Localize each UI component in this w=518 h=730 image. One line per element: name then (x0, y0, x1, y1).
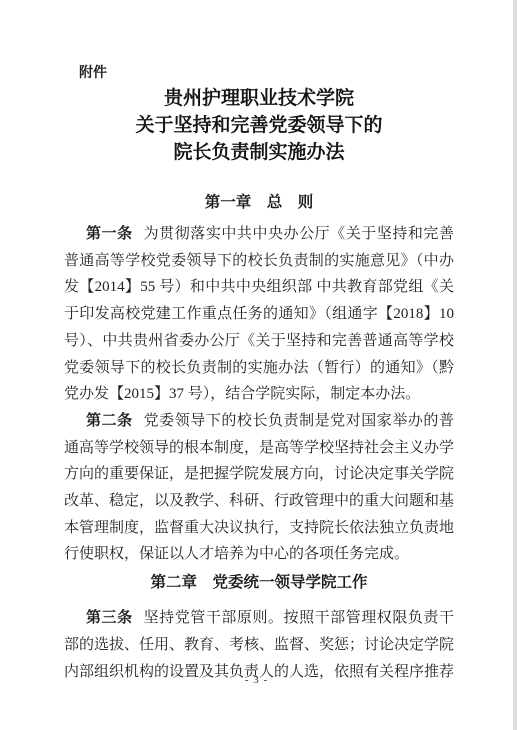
document-content: 附件 贵州护理职业技术学院 关于坚持和完善党委领导下的 院长负责制实施办法 第一… (64, 0, 454, 685)
attachment-label: 附件 (79, 62, 454, 82)
title-line-2: 关于坚持和完善党委领导下的 (64, 112, 454, 139)
title-line-3: 院长负责制实施办法 (64, 139, 454, 166)
article-1-number: 第一条 (86, 226, 133, 242)
page-number: - 3 - (0, 674, 513, 686)
document-title: 贵州护理职业技术学院 关于坚持和完善党委领导下的 院长负责制实施办法 (64, 85, 454, 166)
page-edge-strip (513, 0, 517, 730)
title-line-1: 贵州护理职业技术学院 (64, 85, 454, 112)
article-1: 第一条为贯彻落实中共中央办公厅《关于坚持和完善普通高等学校党委领导下的校长负责制… (64, 221, 454, 408)
article-2-text: 党委领导下的校长负责制是党对国家举办的普通高等学校领导的根本制度，是高等学校坚持… (64, 413, 454, 563)
article-2: 第二条党委领导下的校长负责制是党对国家举办的普通高等学校领导的根本制度，是高等学… (64, 408, 454, 568)
article-2-number: 第二条 (86, 413, 133, 429)
chapter-2-heading: 第二章 党委统一领导学院工作 (64, 572, 454, 593)
chapter-1-heading: 第一章 总 则 (64, 192, 454, 213)
article-1-text: 为贯彻落实中共中央办公厅《关于坚持和完善普通高等学校党委领导下的校长负责制的实施… (64, 226, 454, 402)
document-page: 附件 贵州护理职业技术学院 关于坚持和完善党委领导下的 院长负责制实施办法 第一… (0, 0, 518, 730)
article-3-number: 第三条 (86, 610, 133, 626)
